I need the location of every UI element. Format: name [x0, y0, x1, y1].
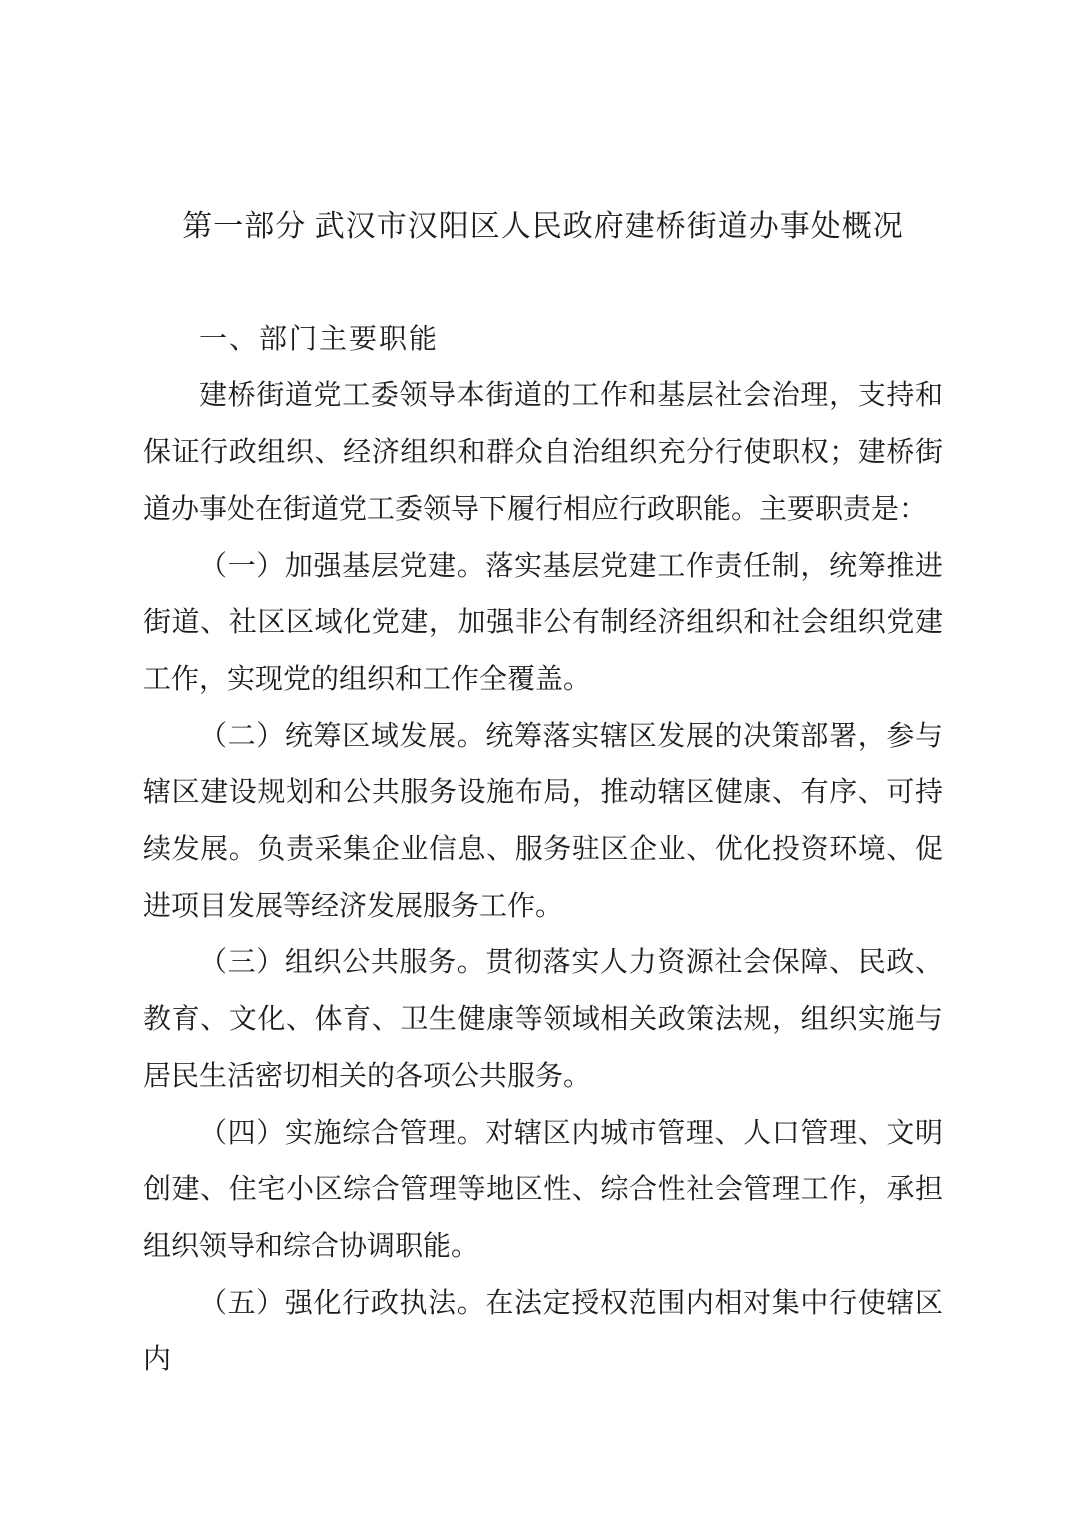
paragraph-item-5-law-enforcement: （五）强化行政执法。在法定授权范围内相对集中行使辖区内	[143, 1276, 943, 1389]
document-body: 一、部门主要职能 建桥街道党工委领导本街道的工作和基层社会治理，支持和保证行政组…	[143, 312, 943, 1389]
paragraph-item-2-regional-development: （二）统筹区域发展。统筹落实辖区发展的决策部署，参与辖区建设规划和公共服务设施布…	[143, 709, 943, 936]
document-page: 第一部分 武汉市汉阳区人民政府建桥街道办事处概况 一、部门主要职能 建桥街道党工…	[0, 0, 1074, 1520]
paragraph-item-1-party-building: （一）加强基层党建。落实基层党建工作责任制，统筹推进街道、社区区域化党建，加强非…	[143, 539, 943, 709]
paragraph-item-4-comprehensive-management: （四）实施综合管理。对辖区内城市管理、人口管理、文明创建、住宅小区综合管理等地区…	[143, 1106, 943, 1276]
paragraph-main-duties-intro: 建桥街道党工委领导本街道的工作和基层社会治理，支持和保证行政组织、经济组织和群众…	[143, 368, 943, 538]
document-title: 第一部分 武汉市汉阳区人民政府建桥街道办事处概况	[143, 198, 943, 255]
section-heading: 一、部门主要职能	[143, 312, 943, 369]
title-spacer	[143, 255, 943, 312]
paragraph-item-3-public-services: （三）组织公共服务。贯彻落实人力资源社会保障、民政、教育、文化、体育、卫生健康等…	[143, 935, 943, 1105]
